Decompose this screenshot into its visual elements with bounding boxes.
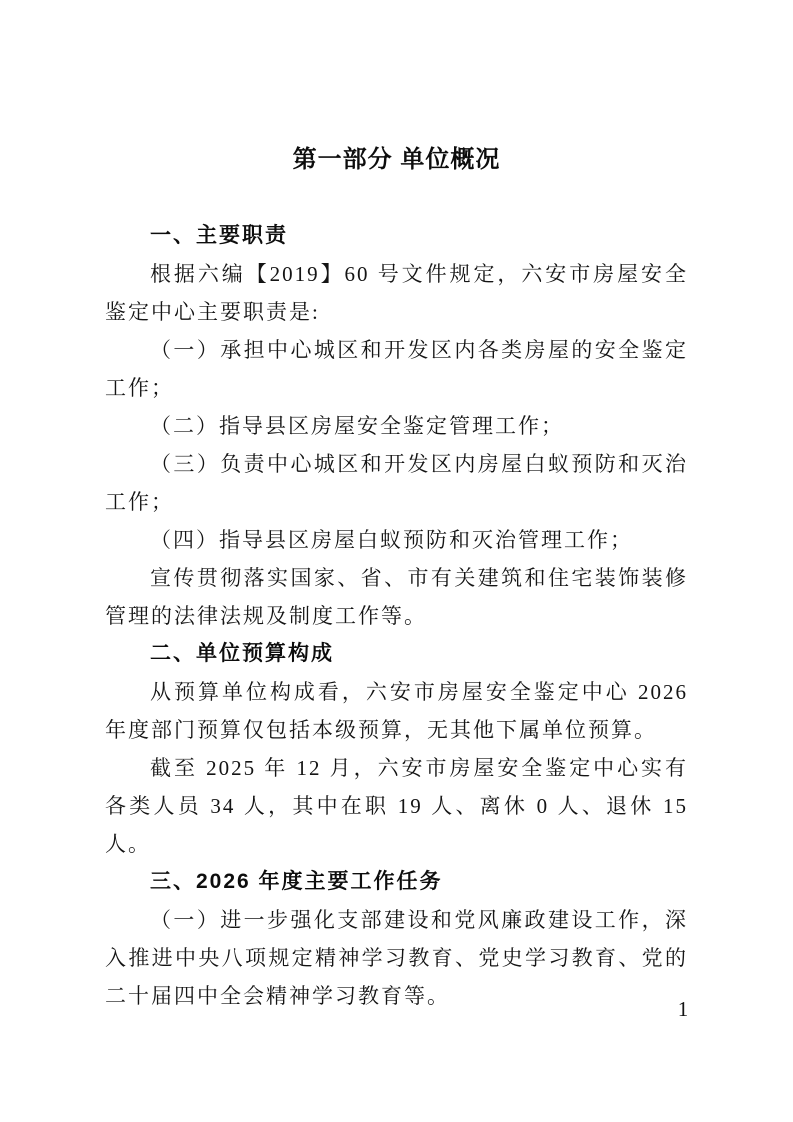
- paragraph-duty-3: （三）负责中心城区和开发区内房屋白蚁预防和灭治工作；: [105, 445, 688, 521]
- page-number: 1: [668, 997, 698, 1021]
- paragraph-duty-1: （一）承担中心城区和开发区内各类房屋的安全鉴定工作；: [105, 331, 688, 407]
- document-title: 第一部分 单位概况: [105, 141, 688, 179]
- paragraph-task-1: （一）进一步强化支部建设和党风廉政建设工作，深入推进中央八项规定精神学习教育、党…: [105, 901, 688, 1015]
- paragraph-duty-2: （二）指导县区房屋安全鉴定管理工作；: [105, 407, 688, 445]
- paragraph-budget-composition: 从预算单位构成看，六安市房屋安全鉴定中心 2026 年度部门预算仅包括本级预算，…: [105, 673, 688, 749]
- document-body: 第一部分 单位概况 一、主要职责 根据六编【2019】60 号文件规定，六安市房…: [105, 141, 688, 1015]
- document-page: 第一部分 单位概况 一、主要职责 根据六编【2019】60 号文件规定，六安市房…: [0, 0, 793, 1122]
- section-heading-2026-tasks: 三、2026 年度主要工作任务: [105, 863, 688, 901]
- paragraph-duty-propaganda: 宣传贯彻落实国家、省、市有关建筑和住宅装饰装修管理的法律法规及制度工作等。: [105, 559, 688, 635]
- paragraph-staff-numbers: 截至 2025 年 12 月，六安市房屋安全鉴定中心实有各类人员 34 人，其中…: [105, 749, 688, 863]
- paragraph-duties-intro: 根据六编【2019】60 号文件规定，六安市房屋安全鉴定中心主要职责是:: [105, 255, 688, 331]
- section-heading-budget-composition: 二、单位预算构成: [105, 635, 688, 673]
- paragraph-duty-4: （四）指导县区房屋白蚁预防和灭治管理工作；: [105, 521, 688, 559]
- section-heading-main-duties: 一、主要职责: [105, 217, 688, 255]
